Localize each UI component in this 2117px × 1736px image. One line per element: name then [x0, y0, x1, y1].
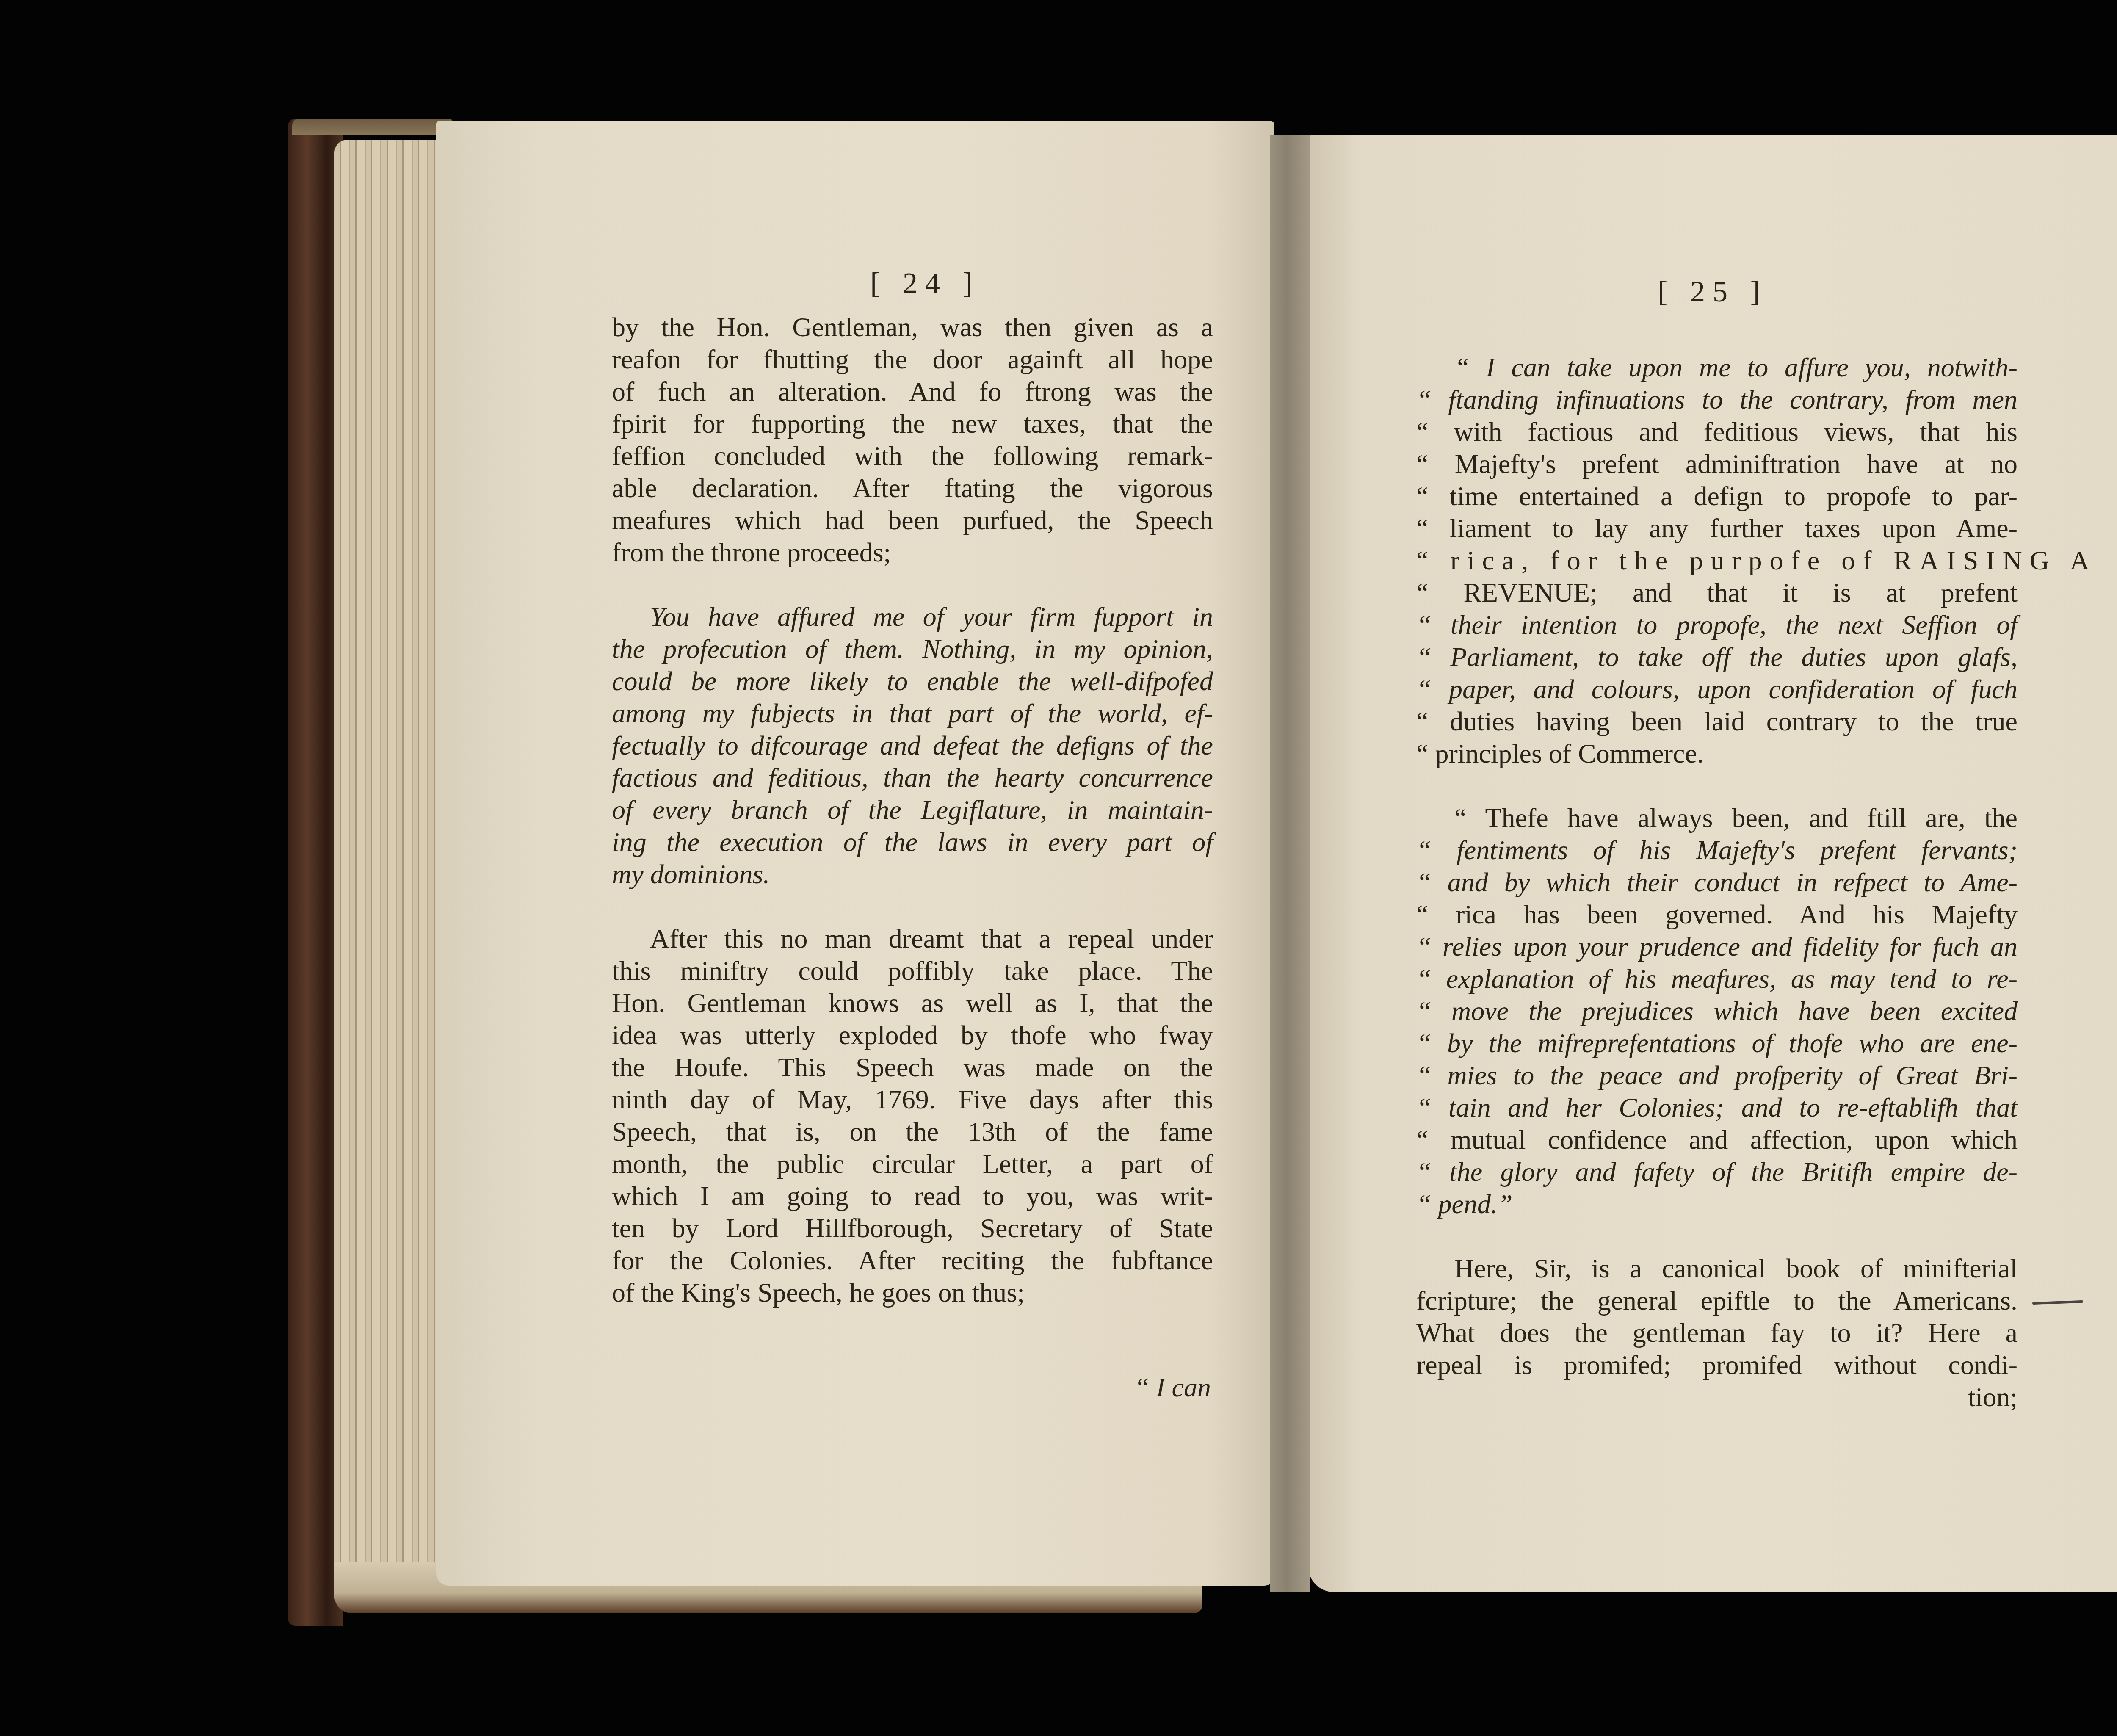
quote-line: “ rica, for the purpofe of RAISING A: [1416, 545, 2018, 577]
text-line: fpirit for fupporting the new taxes, tha…: [612, 408, 1213, 440]
paragraph-gap: [612, 890, 1213, 923]
page-stack-left: [334, 140, 453, 1609]
paragraph-gap: [1416, 770, 2018, 802]
book-gutter: [1270, 135, 1310, 1592]
text-line: this miniftry could poffibly take place.…: [612, 955, 1213, 987]
quote-line: my dominions.: [612, 858, 1213, 890]
right-page-text: “ I can take upon me to affure you, notw…: [1416, 351, 2018, 1413]
quote-line: “ the glory and fafety of the Britifh em…: [1416, 1156, 2018, 1188]
catchword-right: tion;: [1416, 1381, 2018, 1413]
quote-line: of every branch of the Legiflature, in m…: [612, 794, 1213, 826]
quote-line: “ with factious and feditious views, tha…: [1416, 416, 2018, 448]
text-line: After this no man dreamt that a repeal u…: [612, 923, 1213, 955]
quote-line: the profecution of them. Nothing, in my …: [612, 633, 1213, 665]
quote-line: “ mies to the peace and profperity of Gr…: [1416, 1059, 2018, 1092]
text-line: month, the public circular Letter, a par…: [612, 1148, 1213, 1180]
quote-line: “ pend.”: [1416, 1188, 2018, 1220]
text-line: Speech, that is, on the 13th of the fame: [612, 1116, 1213, 1148]
text-line: reafon for fhutting the door againft all…: [612, 343, 1213, 376]
text-line: What does the gentleman fay to it? Here …: [1416, 1317, 2018, 1349]
text-line: Hon. Gentleman knows as well as I, that …: [612, 987, 1213, 1019]
text-line: repeal is promifed; promifed without con…: [1416, 1349, 2018, 1381]
page-number-left: [ 24 ]: [804, 267, 1046, 301]
text-line: ninth day of May, 1769. Five days after …: [612, 1084, 1213, 1116]
text-line: from the throne proceeds;: [612, 536, 1213, 569]
catchword-left: “ I can: [1084, 1372, 1211, 1403]
left-page-text: by the Hon. Gentleman, was then given as…: [612, 311, 1213, 1309]
quote-line: “ mutual confidence and affection, upon …: [1416, 1124, 2018, 1156]
text-line: idea was utterly exploded by thofe who f…: [612, 1019, 1213, 1051]
quote-line: You have affured me of your firm fupport…: [612, 601, 1213, 633]
text-line: the Houfe. This Speech was made on the: [612, 1051, 1213, 1084]
quote-line: “ fentiments of his Majefty's prefent fe…: [1416, 834, 2018, 866]
quote-line: “ principles of Commerce.: [1416, 738, 2018, 770]
text-line: feffion concluded with the following rem…: [612, 440, 1213, 472]
quote-line: “ Majefty's prefent adminiftration have …: [1416, 448, 2018, 480]
paragraph-gap: [612, 569, 1213, 601]
text-line: meafures which had been purfued, the Spe…: [612, 504, 1213, 536]
quote-line: “ explanation of his meafures, as may te…: [1416, 963, 2018, 995]
quote-line: “ REVENUE; and that it is at prefent: [1416, 577, 2018, 609]
quote-line: “ I can take upon me to affure you, notw…: [1416, 351, 2018, 384]
quote-line: “ and by which their conduct in refpect …: [1416, 866, 2018, 898]
quote-line: “ relies upon your prudence and fidelity…: [1416, 931, 2018, 963]
quote-line: “ their intention to propofe, the next S…: [1416, 609, 2018, 641]
quote-line: “ by the mifreprefentations of thofe who…: [1416, 1027, 2018, 1059]
quote-line: “ Thefe have always been, and ftill are,…: [1416, 802, 2018, 834]
page-number-right: [ 25 ]: [1592, 275, 1833, 309]
leather-cover-top-edge: [292, 119, 453, 135]
quote-line: “ move the prejudices which have been ex…: [1416, 995, 2018, 1027]
text-line: which I am going to read to you, was wri…: [612, 1180, 1213, 1212]
text-line: Here, Sir, is a canonical book of minift…: [1416, 1252, 2018, 1285]
quote-line: “ ftanding infinuations to the contrary,…: [1416, 384, 2018, 416]
quote-line: “ liament to lay any further taxes upon …: [1416, 512, 2018, 545]
quote-line: “ rica has been governed. And his Majeft…: [1416, 898, 2018, 931]
paragraph-gap: [1416, 1220, 2018, 1252]
quote-line: ing the execution of the laws in every p…: [612, 826, 1213, 858]
quote-line: factious and feditious, than the hearty …: [612, 762, 1213, 794]
text-line: fcripture; the general epiftle to the Am…: [1416, 1285, 2018, 1317]
quote-line: “ duties having been laid contrary to th…: [1416, 705, 2018, 738]
quote-line: fectually to difcourage and defeat the d…: [612, 730, 1213, 762]
quote-line: among my fubjects in that part of the wo…: [612, 697, 1213, 730]
text-line: able declaration. After ftating the vigo…: [612, 472, 1213, 504]
text-line: of fuch an alteration. And fo ftrong was…: [612, 376, 1213, 408]
quote-line: could be more likely to enable the well-…: [612, 665, 1213, 697]
text-line: for the Colonies. After reciting the fub…: [612, 1244, 1213, 1277]
text-line: by the Hon. Gentleman, was then given as…: [612, 311, 1213, 343]
quote-line: “ paper, and colours, upon confideration…: [1416, 673, 2018, 705]
quote-line: “ Parliament, to take off the duties upo…: [1416, 641, 2018, 673]
quote-line: “ time entertained a defign to propofe t…: [1416, 480, 2018, 512]
text-line: ten by Lord Hillfborough, Secretary of S…: [612, 1212, 1213, 1244]
text-line: of the King's Speech, he goes on thus;: [612, 1277, 1213, 1309]
quote-line: “ tain and her Colonies; and to re-eftab…: [1416, 1092, 2018, 1124]
